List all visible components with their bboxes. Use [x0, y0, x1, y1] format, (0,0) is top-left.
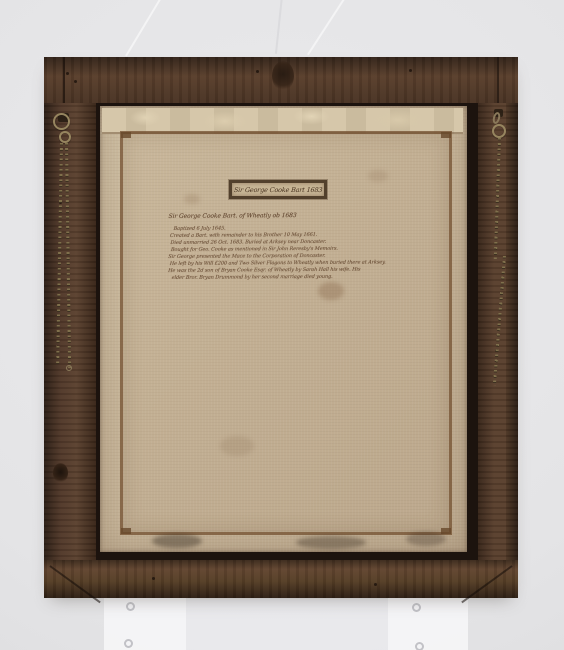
nail-head: [152, 577, 155, 580]
inscription-block: Sir George Cooke Bart. of Wheatly ob 168…: [161, 211, 429, 282]
easel-leg-left: [104, 597, 186, 650]
easel-tray: [186, 599, 388, 650]
canvas-stain: [184, 194, 200, 204]
frame-rail-bottom: [44, 560, 518, 598]
title-plaque: Sir George Cooke Bart 1683: [229, 180, 327, 199]
nail-head: [256, 70, 259, 73]
easel-bolt: [415, 642, 424, 650]
wood-knot: [272, 61, 294, 91]
canvas-stain: [368, 170, 388, 182]
inscription-line: Sir George Cooke Bart. of Wheatly ob 168…: [168, 211, 429, 220]
brass-ring-left-small: [59, 131, 71, 143]
easel-leg-right: [388, 597, 468, 650]
stretcher-joint: [441, 528, 451, 534]
frame-joint-seam: [63, 57, 65, 103]
easel-upright-right: [307, 0, 347, 55]
plaque-text: Sir George Cooke Bart 1683: [233, 186, 322, 194]
easel-upright-center: [275, 0, 283, 54]
nail-head: [409, 69, 412, 72]
stretcher-joint: [441, 132, 451, 138]
canvas-stain: [318, 282, 344, 300]
frame-joint-seam: [497, 57, 499, 103]
canvas-stain: [220, 436, 254, 456]
canvas-stain: [296, 536, 366, 549]
easel-bolt: [126, 602, 135, 611]
brass-ring-left: [53, 113, 70, 130]
brass-ring-right: [492, 124, 506, 138]
chain-end-link: [66, 365, 72, 371]
stretcher-joint: [121, 528, 131, 534]
picture-frame: Sir George Cooke Bart 1683 Sir George Co…: [44, 57, 518, 598]
nail-head: [374, 583, 377, 586]
painting-back-photo: Sir George Cooke Bart 1683 Sir George Co…: [0, 0, 564, 650]
frame-rabbet: Sir George Cooke Bart 1683 Sir George Co…: [96, 103, 478, 560]
canvas-stain: [406, 532, 446, 546]
nail-head: [66, 72, 69, 75]
easel-bolt: [412, 603, 421, 612]
canvas-stain: [152, 534, 202, 548]
nail-head: [74, 80, 77, 83]
easel-bolt: [124, 639, 133, 648]
easel-upright-left: [125, 0, 163, 57]
canvas-back: Sir George Cooke Bart 1683 Sir George Co…: [100, 106, 467, 552]
wood-knot: [53, 463, 68, 483]
stretcher-joint: [121, 132, 131, 138]
